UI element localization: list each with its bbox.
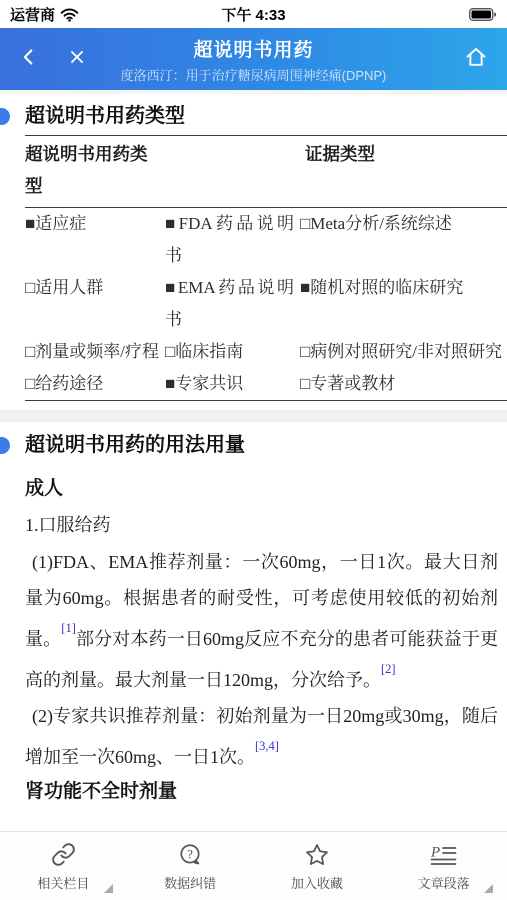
back-chevron-icon: [18, 46, 40, 73]
table-row: □适用人群 ■EMA药品说明书 ■随机对照的临床研究: [25, 272, 507, 336]
reference-link-1[interactable]: [1]: [61, 621, 76, 635]
nav-related-sections[interactable]: 相关栏目: [0, 832, 127, 900]
page-subtitle: 度洛西汀：用于治疗糖尿病周围神经痛(DPNP): [121, 65, 387, 84]
app-header: 超说明书用药 度洛西汀：用于治疗糖尿病周围神经痛(DPNP): [0, 28, 507, 90]
dosage-paragraph-2: (2)专家共识推荐剂量：初始剂量为一日20mg或30mg，随后增加至一次60mg…: [25, 698, 498, 775]
table-cell: □病例对照研究/非对照研究: [300, 336, 507, 368]
question-bubble-icon: ?: [177, 841, 203, 869]
adult-heading: 成人: [25, 476, 497, 502]
section-marker: [0, 437, 10, 454]
nav-add-favorite[interactable]: 加入收藏: [254, 832, 381, 900]
table-cell: □剂量或频率/疗程: [25, 336, 165, 368]
close-button[interactable]: [60, 39, 94, 79]
close-icon: [67, 47, 87, 72]
table-cell: □临床指南: [165, 336, 300, 368]
star-icon: [304, 841, 330, 869]
status-bar: 运营商 下午 4:33: [0, 0, 507, 28]
corner-expand-icon: [104, 884, 113, 893]
table-row: □给药途径 ■专家共识 □专著或教材: [25, 368, 507, 401]
table-cell: ■随机对照的临床研究: [300, 272, 507, 336]
home-button[interactable]: [459, 39, 493, 79]
paragraph-text: (2)专家共识推荐剂量：初始剂量为一日20mg或30mg，随后增加至一次60mg…: [25, 706, 498, 767]
nav-label: 相关栏目: [37, 873, 89, 892]
corner-expand-icon: [484, 884, 493, 893]
section-heading: 超说明书用药的用法用量: [25, 431, 245, 459]
battery-icon: [469, 0, 497, 28]
nav-label: 数据纠错: [164, 873, 216, 892]
table-cell: □专著或教材: [300, 368, 507, 401]
nav-label: 文章段落: [418, 873, 470, 892]
page-title: 超说明书用药: [193, 35, 313, 62]
offlabel-types-table: 超说明书用药类型 证据类型 ■适应症 ■FDA药品说明书 □Meta分析/系统综…: [0, 135, 507, 401]
table-cell: □适用人群: [25, 272, 165, 336]
nav-article-sections[interactable]: P 文章段落: [380, 832, 507, 900]
route-heading: 1.口服给药: [25, 513, 497, 537]
table-header-evidence: 证据类型: [165, 136, 507, 208]
table-cell: ■适应症: [25, 208, 165, 273]
nav-data-correction[interactable]: ? 数据纠错: [127, 832, 254, 900]
reference-link-3-4[interactable]: [3,4]: [255, 739, 279, 753]
renal-heading: 肾功能不全时剂量: [25, 779, 497, 805]
dosage-paragraph-1: (1)FDA、EMA推荐剂量：一次60mg，一日1次。最大日剂量为60mg。根据…: [25, 544, 498, 698]
reference-link-2[interactable]: [2]: [381, 662, 396, 676]
table-row: ■适应症 ■FDA药品说明书 □Meta分析/系统综述: [25, 208, 507, 273]
app-screen: 运营商 下午 4:33 超说明书用药: [0, 0, 507, 900]
nav-label: 加入收藏: [291, 873, 343, 892]
section-marker: [0, 108, 10, 125]
paragraph-text: 部分对本药一日60mg反应不充分的患者可能获益于更高的剂量。最大剂量一日120m…: [25, 629, 498, 690]
section-heading: 超说明书用药类型: [25, 102, 185, 130]
paragraph-icon: P: [430, 841, 457, 869]
article-content[interactable]: 超说明书用药类型 超说明书用药类型 证据类型 ■适应症 ■FDA药品说明书 □M…: [0, 94, 507, 836]
svg-text:?: ?: [187, 846, 193, 861]
table-row: □剂量或频率/疗程 □临床指南 □病例对照研究/非对照研究: [25, 336, 507, 368]
svg-text:P: P: [430, 844, 440, 860]
table-cell: ■专家共识: [165, 368, 300, 401]
carrier-label: 运营商: [10, 4, 55, 25]
section-dosage-title: 超说明书用药的用法用量: [0, 431, 497, 459]
home-icon: [463, 44, 489, 75]
table-header-type: 超说明书用药类型: [25, 136, 165, 208]
table-cell: □给药途径: [25, 368, 165, 401]
section-types-title: 超说明书用药类型: [0, 102, 497, 130]
table-cell: □Meta分析/系统综述: [300, 208, 507, 273]
table-cell: ■EMA药品说明书: [165, 272, 300, 336]
back-button[interactable]: [12, 39, 46, 79]
wifi-icon: [60, 0, 79, 28]
link-icon: [51, 841, 76, 869]
bottom-nav-bar: 相关栏目 ? 数据纠错 加入收藏: [0, 831, 507, 900]
table-cell: ■FDA药品说明书: [165, 208, 300, 273]
section-divider: [0, 410, 507, 422]
